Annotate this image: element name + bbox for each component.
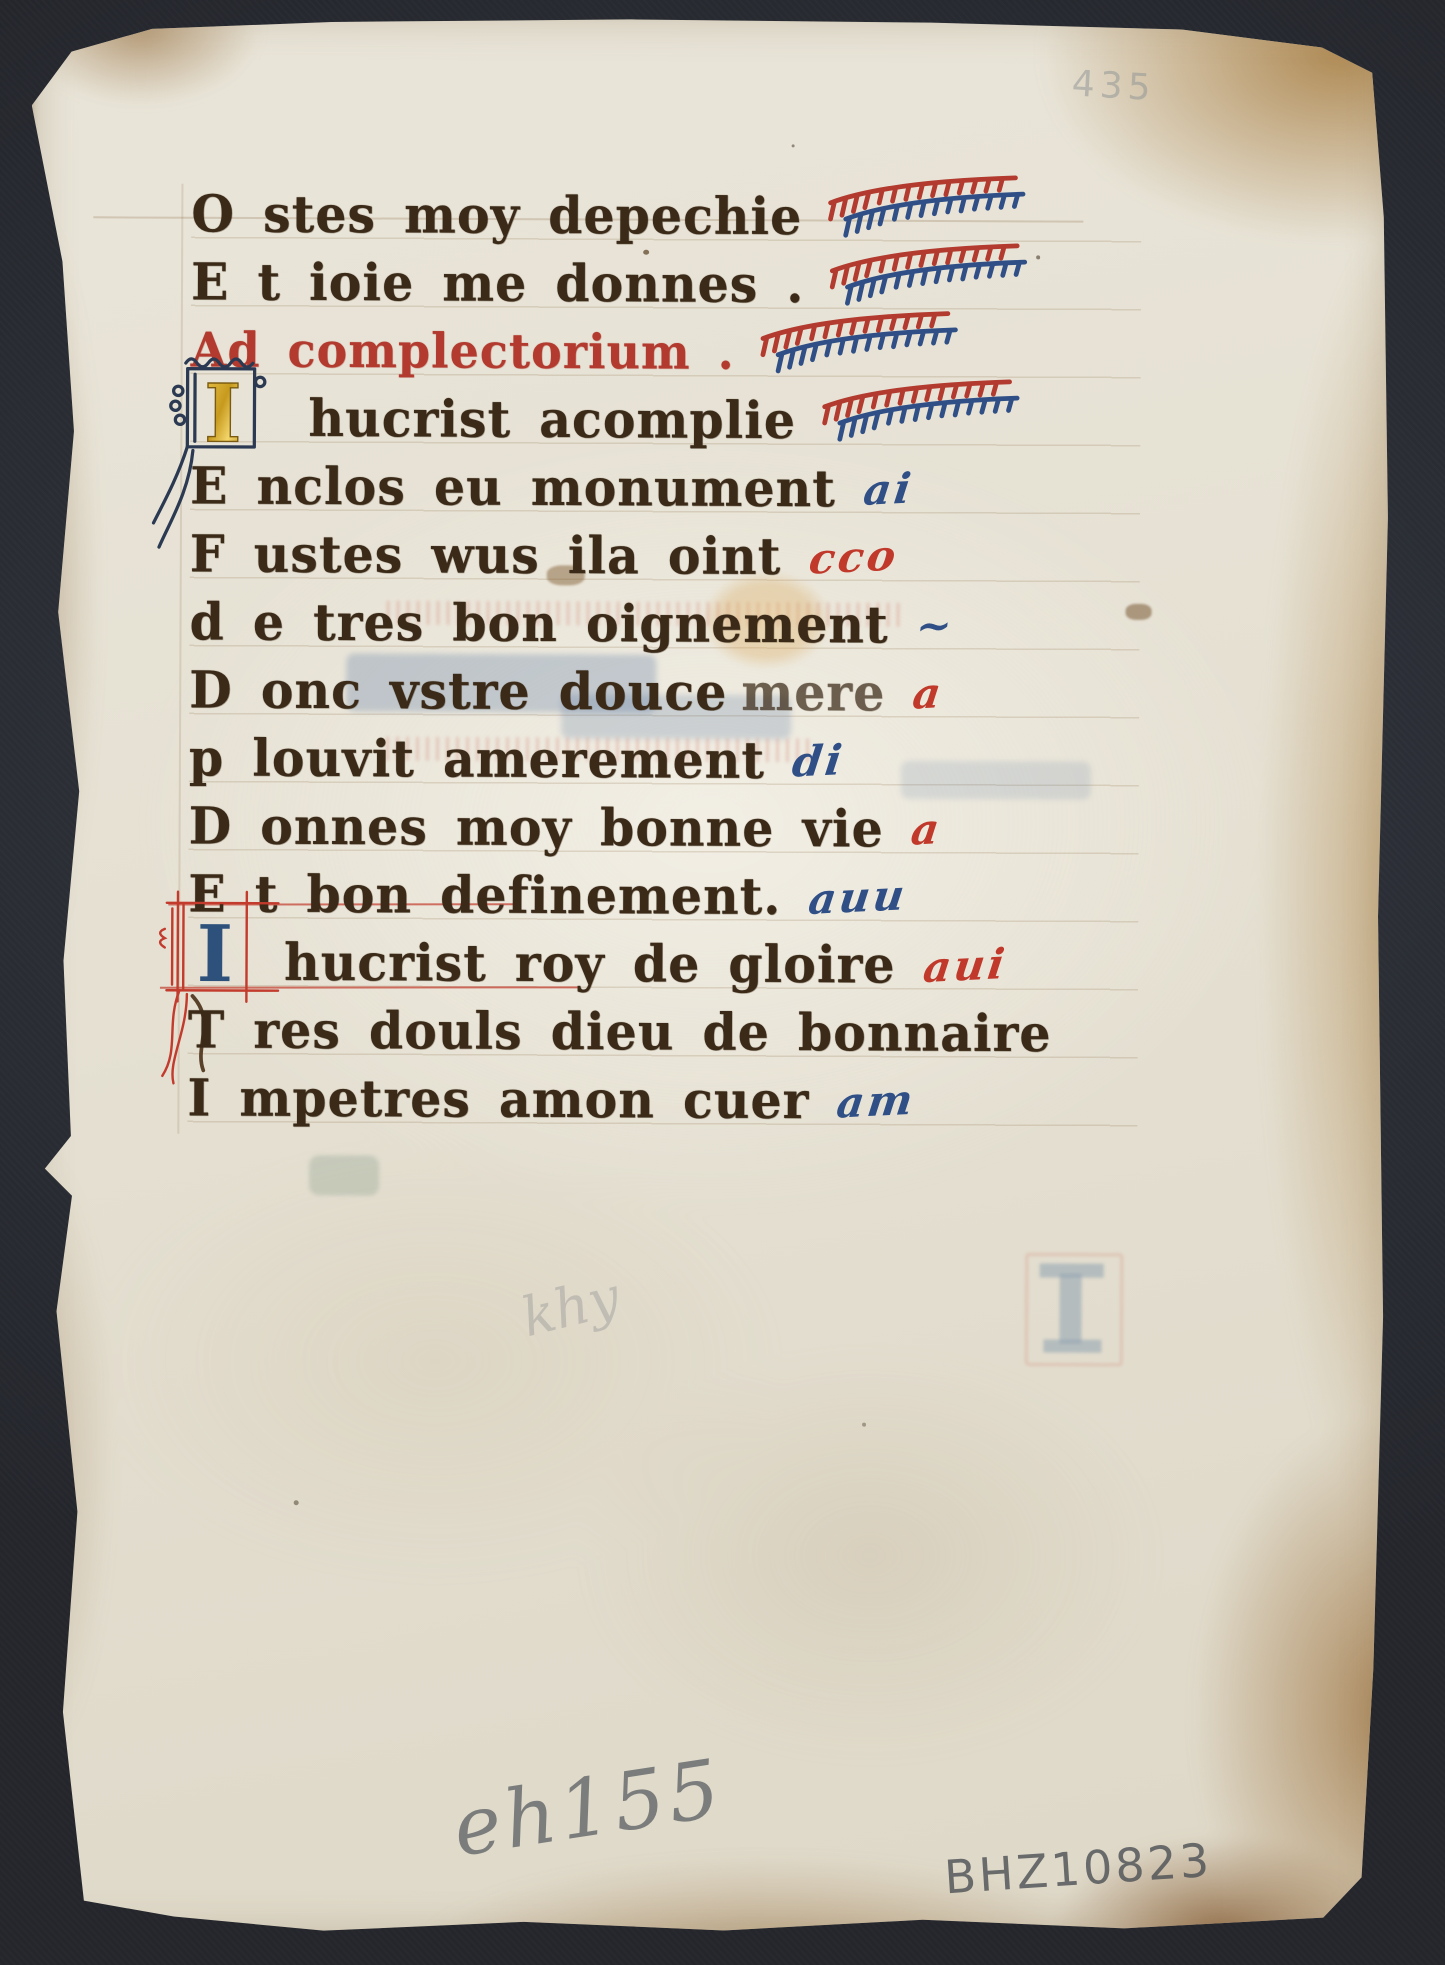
verse-text: hucrist acomplie [308, 388, 796, 450]
faint-pencil-note: khy [515, 1265, 625, 1349]
verse-text: T res douls dieu de bonnaire [188, 1000, 1052, 1064]
verse-line-5: E nclos eu monument ai [190, 452, 1220, 524]
line-filler-comb-icon [816, 372, 1021, 453]
verse-text: E t bon definement. [188, 864, 781, 927]
rubric-text: Ad complectorium . [191, 322, 735, 381]
verse-text: D onc vstre douce [189, 660, 727, 723]
folio-number-pencil: 435 [1071, 63, 1157, 109]
shelfmark-pencil-center: eh155 [447, 1741, 730, 1874]
line-filler-squiggle: ~ [913, 600, 958, 651]
photo-background: O stes moy depechie E t ioie me donnes .… [0, 0, 1445, 1965]
rubric-line: Ad complectorium . [191, 316, 1221, 388]
verse-text: E nclos eu monument [190, 456, 836, 519]
verse-line-6: F ustes wus ila oint cco [190, 520, 1220, 592]
bleedthrough-blue-initial [1031, 1259, 1116, 1359]
line-filler-squiggle: am [834, 1074, 919, 1127]
verse-line-10: D onnes moy bonne vie a [189, 792, 1219, 864]
verse-text: hucrist roy de gloire [284, 932, 896, 995]
line-filler-squiggle: a [908, 804, 945, 854]
verse-text: D onnes moy bonne vie [189, 796, 884, 859]
text-block: O stes moy depechie E t ioie me donnes .… [187, 180, 1221, 1136]
verse-line-7: d e tres bon oignement ~ [189, 588, 1219, 660]
verse-line-13: T res douls dieu de bonnaire [188, 996, 1218, 1068]
line-filler-squiggle: ai [861, 463, 917, 514]
verse-text: I mpetres amon cuer [187, 1068, 809, 1131]
verse-text-faded: mere [741, 662, 885, 723]
verse-line-12: I hucrist roy de gloire aui [188, 928, 1218, 1000]
line-filler-squiggle: aui [920, 939, 1010, 992]
verse-text: E t ioie me donnes . [191, 252, 805, 315]
line-filler-squiggle: cco [806, 530, 901, 583]
shelfmark-pencil-right: BHZ10823 [943, 1833, 1214, 1904]
verse-line-9: p louvit amerement di [189, 724, 1219, 796]
manuscript-leaf: O stes moy depechie E t ioie me donnes .… [24, 11, 1394, 1943]
verse-line-2: E t ioie me donnes . [191, 248, 1221, 320]
verse-line-4: I hucrist acomplie [190, 384, 1220, 456]
verse-text: p louvit amerement [189, 728, 765, 791]
bleedthrough-smudge [309, 1155, 379, 1195]
ink-speck [792, 144, 795, 147]
verse-line-8: D onc vstre douce mere a [189, 656, 1219, 728]
line-filler-squiggle: a [910, 668, 947, 718]
ink-speck [294, 1500, 299, 1505]
line-filler-squiggle: auu [806, 870, 910, 924]
verse-text: d e tres bon oignement [189, 592, 888, 655]
verse-line-11: E t bon definement. auu [188, 860, 1218, 932]
verse-line-1: O stes moy depechie [191, 180, 1221, 252]
ink-speck [862, 1423, 866, 1427]
line-filler-squiggle: di [790, 735, 848, 786]
verse-text: F ustes wus ila oint [190, 524, 782, 587]
verse-line-14: I mpetres amon cuer am [187, 1064, 1217, 1136]
ruling-line-left-margin [177, 184, 183, 1134]
verse-text: O stes moy depechie [191, 184, 802, 247]
